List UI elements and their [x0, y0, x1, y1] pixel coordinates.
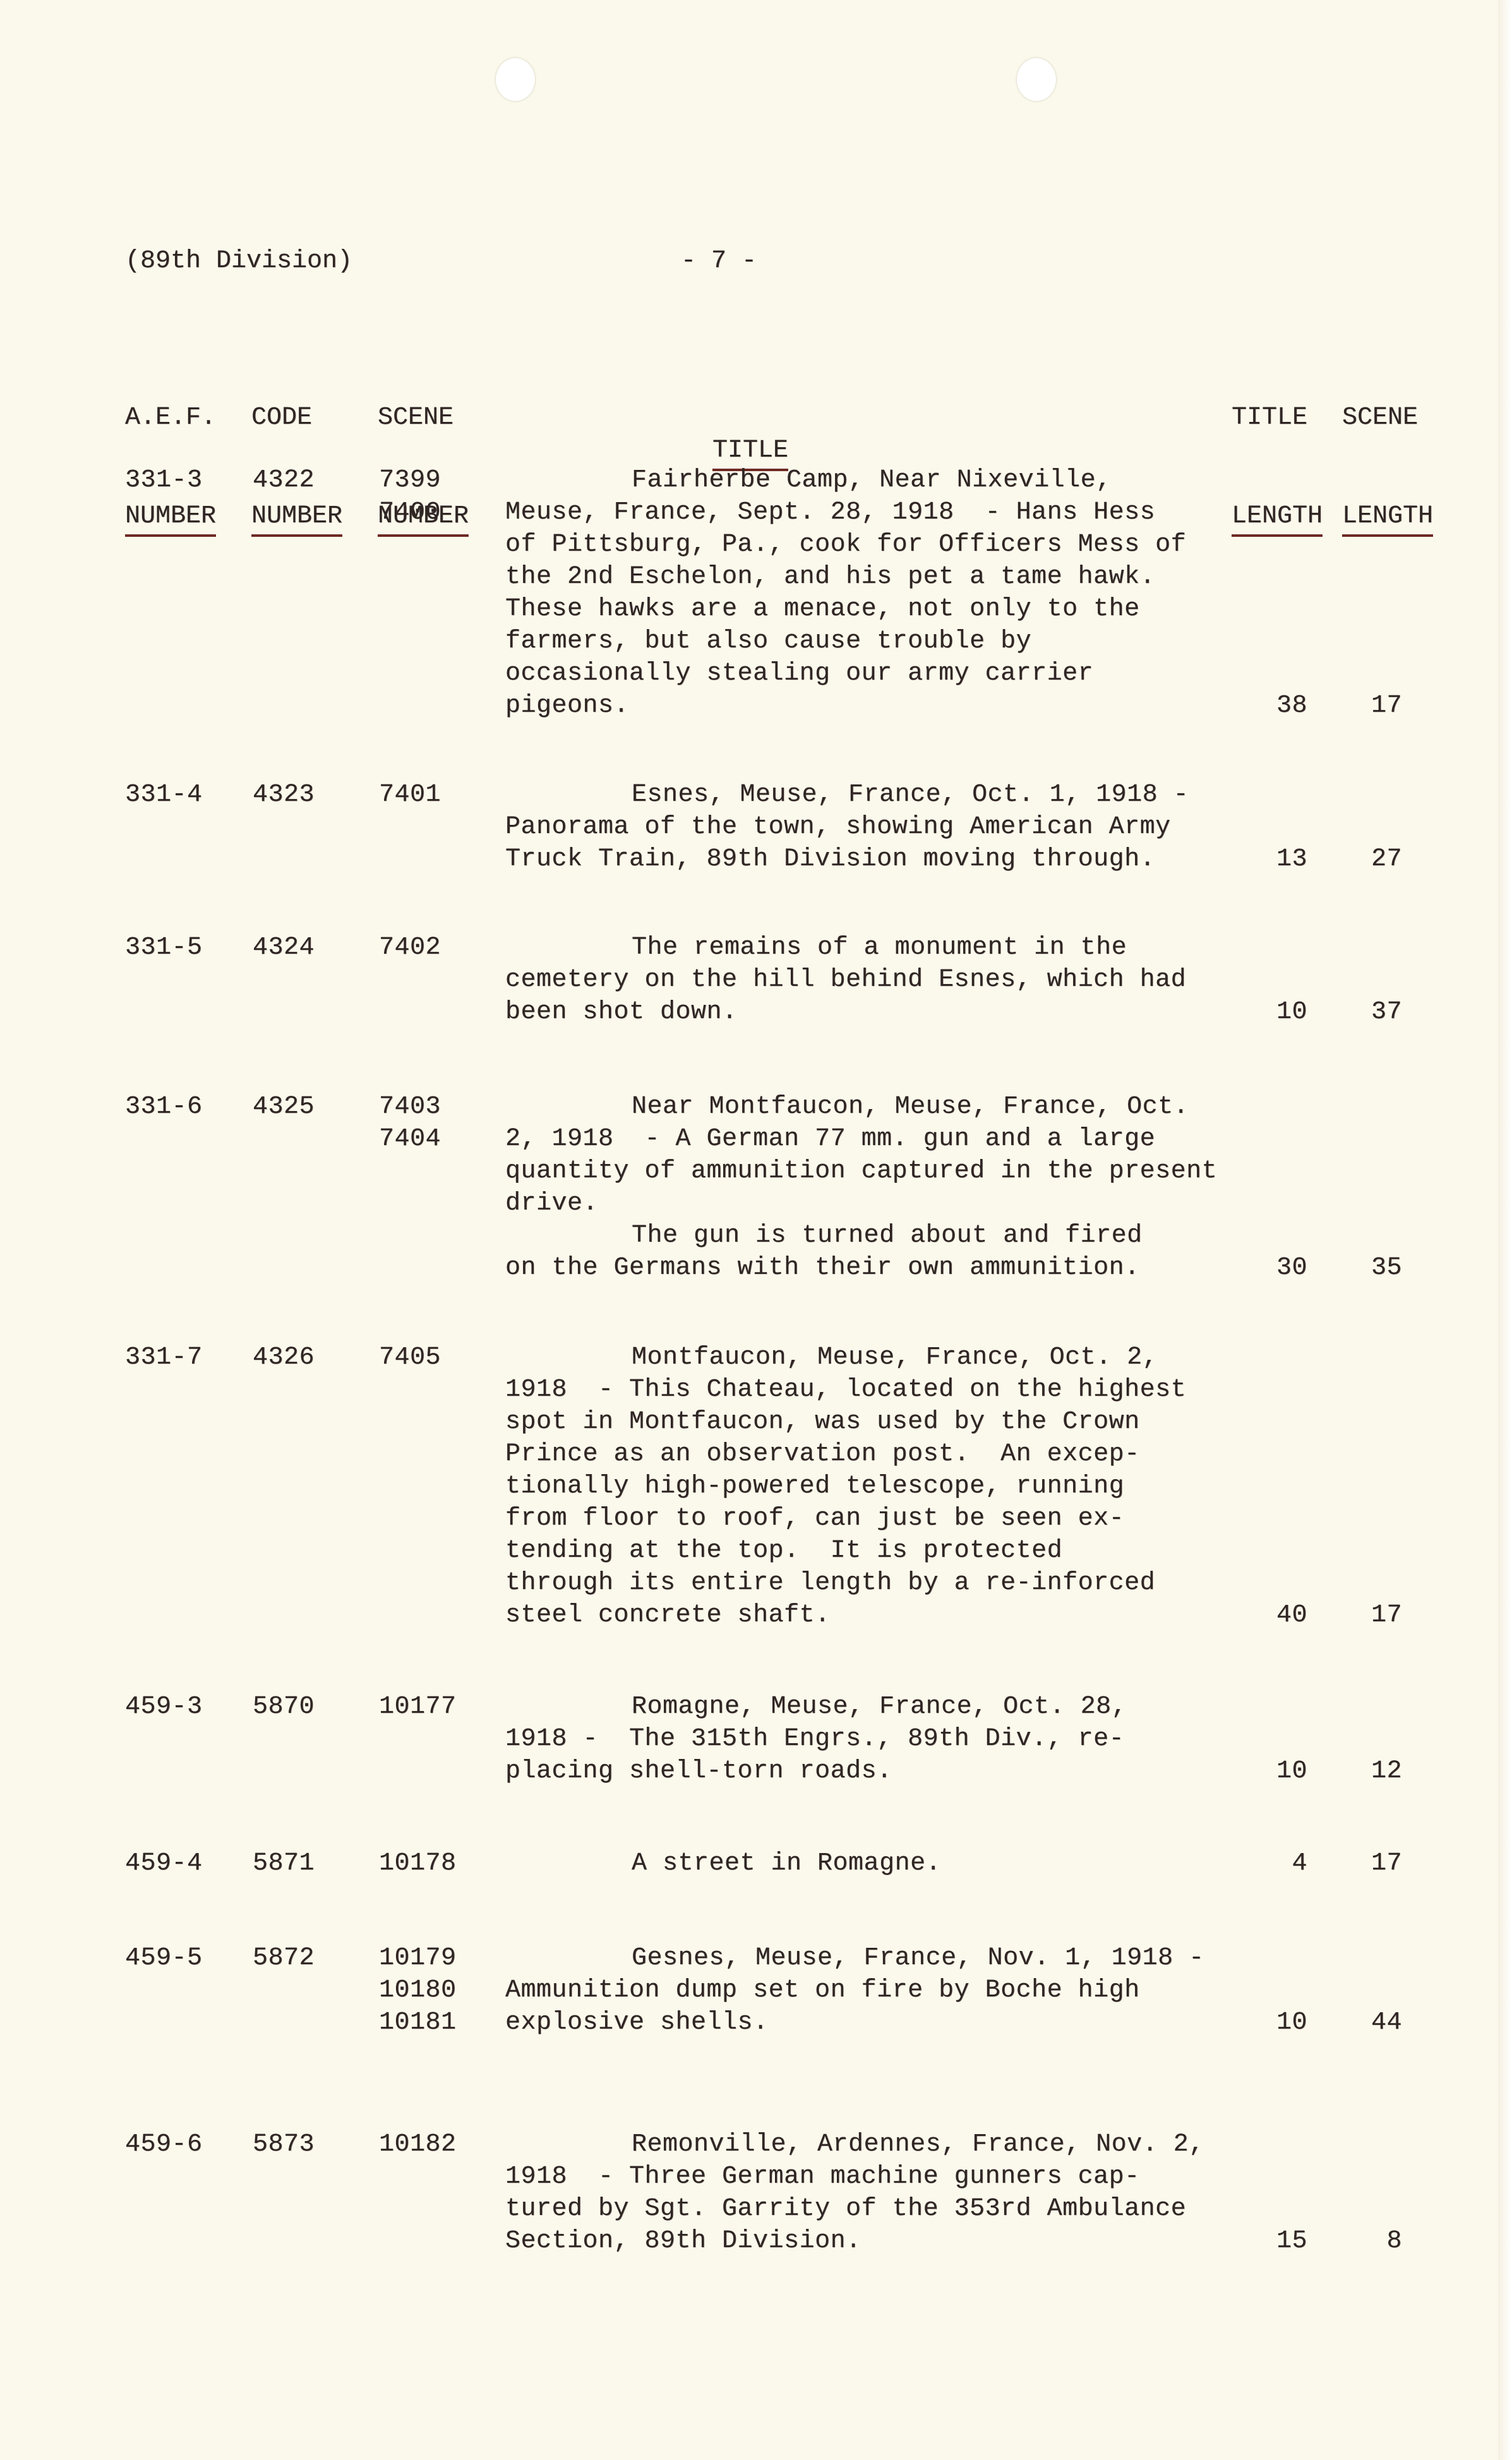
title-line: The remains of a monument in the [505, 932, 1251, 964]
title-line: the 2nd Eschelon, and his pet a tame haw… [505, 561, 1251, 593]
scene-number: 10182 [379, 2128, 457, 2161]
title-length: 10 [1257, 1755, 1307, 1787]
title-length: 38 [1257, 690, 1307, 722]
title-line: been shot down. [505, 996, 1251, 1028]
title-length: 30 [1257, 1252, 1307, 1284]
code-number: 5873 [253, 2128, 315, 2161]
scene-length: 17 [1352, 1847, 1402, 1880]
scene-numbers: 74037404 [379, 1091, 441, 1155]
scene-numbers: 10182 [379, 2128, 457, 2161]
title-line: on the Germans with their own ammunition… [505, 1252, 1251, 1284]
aef-number: 331-7 [125, 1341, 203, 1374]
title-line: Panorama of the town, showing American A… [505, 811, 1251, 843]
aef-number: 331-3 [125, 464, 203, 496]
title-line: Near Montfaucon, Meuse, France, Oct. [505, 1091, 1251, 1123]
punch-hole-left [496, 58, 535, 101]
title-line: placing shell-torn roads. [505, 1755, 1251, 1787]
title-text: Fairherbe Camp, Near Nixeville,Meuse, Fr… [505, 464, 1251, 722]
title-line: Remonville, Ardennes, France, Nov. 2, [505, 2128, 1251, 2161]
aef-number: 331-5 [125, 932, 203, 964]
code-number: 4322 [253, 464, 315, 496]
title-line: from floor to roof, can just be seen ex- [505, 1503, 1251, 1535]
aef-number: 459-5 [125, 1942, 203, 1974]
title-line: Romagne, Meuse, France, Oct. 28, [505, 1691, 1251, 1723]
scene-numbers: 73997400 [379, 464, 441, 529]
title-line: Esnes, Meuse, France, Oct. 1, 1918 - [505, 779, 1251, 811]
header-aef-line1: A.E.F. [125, 402, 216, 435]
title-line: These hawks are a menace, not only to th… [505, 593, 1251, 625]
scene-length: 17 [1352, 1599, 1402, 1631]
header-code: CODE NUMBER [251, 336, 342, 570]
scene-length: 44 [1352, 2007, 1402, 2039]
scene-numbers: 7402 [379, 932, 441, 964]
title-line: explosive shells. [505, 2007, 1251, 2039]
scene-number: 7399 [379, 464, 441, 496]
scene-number: 7401 [379, 779, 441, 811]
title-text: Gesnes, Meuse, France, Nov. 1, 1918 -Amm… [505, 1942, 1251, 2039]
scene-number: 7405 [379, 1341, 441, 1374]
title-line: 2, 1918 - A German 77 mm. gun and a larg… [505, 1123, 1251, 1155]
code-number: 5872 [253, 1942, 315, 1974]
title-text: Montfaucon, Meuse, France, Oct. 2,1918 -… [505, 1341, 1251, 1631]
title-line: Section, 89th Division. [505, 2225, 1251, 2257]
title-line: cemetery on the hill behind Esnes, which… [505, 964, 1251, 996]
title-line: Gesnes, Meuse, France, Nov. 1, 1918 - [505, 1942, 1251, 1974]
title-length: 10 [1257, 2007, 1307, 2039]
header-scene: SCENE NUMBER [378, 336, 469, 570]
title-line: spot in Montfaucon, was used by the Crow… [505, 1406, 1251, 1438]
header-title-length-line1: TITLE [1232, 402, 1323, 435]
title-line: Meuse, France, Sept. 28, 1918 - Hans Hes… [505, 496, 1251, 529]
scene-length: 35 [1352, 1252, 1402, 1284]
title-length: 13 [1257, 843, 1307, 875]
title-text: A street in Romagne. [505, 1847, 1251, 1880]
title-line: The gun is turned about and fired [505, 1220, 1251, 1252]
aef-number: 331-4 [125, 779, 203, 811]
paper-edge [1498, 0, 1512, 2460]
title-line: A street in Romagne. [505, 1847, 1251, 1880]
scene-number: 7400 [379, 496, 441, 529]
title-line: drive. [505, 1187, 1251, 1220]
title-line: Truck Train, 89th Division moving throug… [505, 843, 1251, 875]
title-length: 4 [1257, 1847, 1307, 1880]
title-text: Romagne, Meuse, France, Oct. 28,1918 - T… [505, 1691, 1251, 1787]
header-scene-length: SCENE LENGTH [1342, 336, 1433, 570]
scene-length: 17 [1352, 690, 1402, 722]
title-line: Montfaucon, Meuse, France, Oct. 2, [505, 1341, 1251, 1374]
aef-number: 459-6 [125, 2128, 203, 2161]
header-code-line2: NUMBER [251, 500, 342, 537]
punch-hole-right [1017, 58, 1056, 101]
title-line: tionally high-powered telescope, running [505, 1470, 1251, 1503]
scene-numbers: 7401 [379, 779, 441, 811]
header-scene-length-line2: LENGTH [1342, 500, 1433, 537]
title-line: tending at the top. It is protected [505, 1535, 1251, 1567]
title-line: Prince as an observation post. An excep- [505, 1438, 1251, 1470]
header-scene-length-line1: SCENE [1342, 402, 1433, 435]
header-scene-line1: SCENE [378, 402, 469, 435]
scene-numbers: 7405 [379, 1341, 441, 1374]
title-line: of Pittsburg, Pa., cook for Officers Mes… [505, 529, 1251, 561]
scene-number: 10178 [379, 1847, 457, 1880]
title-line: 1918 - Three German machine gunners cap- [505, 2161, 1251, 2193]
scene-number: 10180 [379, 1974, 457, 2007]
title-line: 1918 - This Chateau, located on the high… [505, 1374, 1251, 1406]
scene-number: 10181 [379, 2007, 457, 2039]
scene-number: 10179 [379, 1942, 457, 1974]
scene-number: 7402 [379, 932, 441, 964]
code-number: 4325 [253, 1091, 315, 1123]
title-text: The remains of a monument in thecemetery… [505, 932, 1251, 1028]
scene-length: 27 [1352, 843, 1402, 875]
title-line: through its entire length by a re-inforc… [505, 1567, 1251, 1599]
code-number: 4323 [253, 779, 315, 811]
title-line: steel concrete shaft. [505, 1599, 1251, 1631]
title-line: pigeons. [505, 690, 1251, 722]
title-line: occasionally stealing our army carrier [505, 657, 1251, 690]
title-line: farmers, but also cause trouble by [505, 625, 1251, 657]
code-number: 5871 [253, 1847, 315, 1880]
aef-number: 459-4 [125, 1847, 203, 1880]
scene-numbers: 10177 [379, 1691, 457, 1723]
title-text: Esnes, Meuse, France, Oct. 1, 1918 -Pano… [505, 779, 1251, 875]
title-text: Remonville, Ardennes, France, Nov. 2,191… [505, 2128, 1251, 2257]
title-length: 40 [1257, 1599, 1307, 1631]
aef-number: 331-6 [125, 1091, 203, 1123]
title-line: Ammunition dump set on fire by Boche hig… [505, 1974, 1251, 2007]
title-length: 15 [1257, 2225, 1307, 2257]
title-length: 10 [1257, 996, 1307, 1028]
scene-length: 8 [1352, 2225, 1402, 2257]
scene-number: 10177 [379, 1691, 457, 1723]
scene-length: 12 [1352, 1755, 1402, 1787]
code-number: 4324 [253, 932, 315, 964]
title-line: tured by Sgt. Garrity of the 353rd Ambul… [505, 2193, 1251, 2225]
scene-numbers: 10178 [379, 1847, 457, 1880]
header-code-line1: CODE [251, 402, 342, 435]
page-number: - 7 - [681, 245, 757, 278]
title-line: 1918 - The 315th Engrs., 89th Div., re- [505, 1723, 1251, 1755]
header-aef-line2: NUMBER [125, 500, 216, 537]
scene-number: 7403 [379, 1091, 441, 1123]
scene-number: 7404 [379, 1123, 441, 1155]
title-text: Near Montfaucon, Meuse, France, Oct.2, 1… [505, 1091, 1251, 1284]
division-label: (89th Division) [125, 245, 352, 278]
header-aef: A.E.F. NUMBER [125, 336, 216, 570]
aef-number: 459-3 [125, 1691, 203, 1723]
code-number: 4326 [253, 1341, 315, 1374]
scene-numbers: 101791018010181 [379, 1942, 457, 2039]
code-number: 5870 [253, 1691, 315, 1723]
scene-length: 37 [1352, 996, 1402, 1028]
title-line: quantity of ammunition captured in the p… [505, 1155, 1251, 1187]
title-line: Fairherbe Camp, Near Nixeville, [505, 464, 1251, 496]
